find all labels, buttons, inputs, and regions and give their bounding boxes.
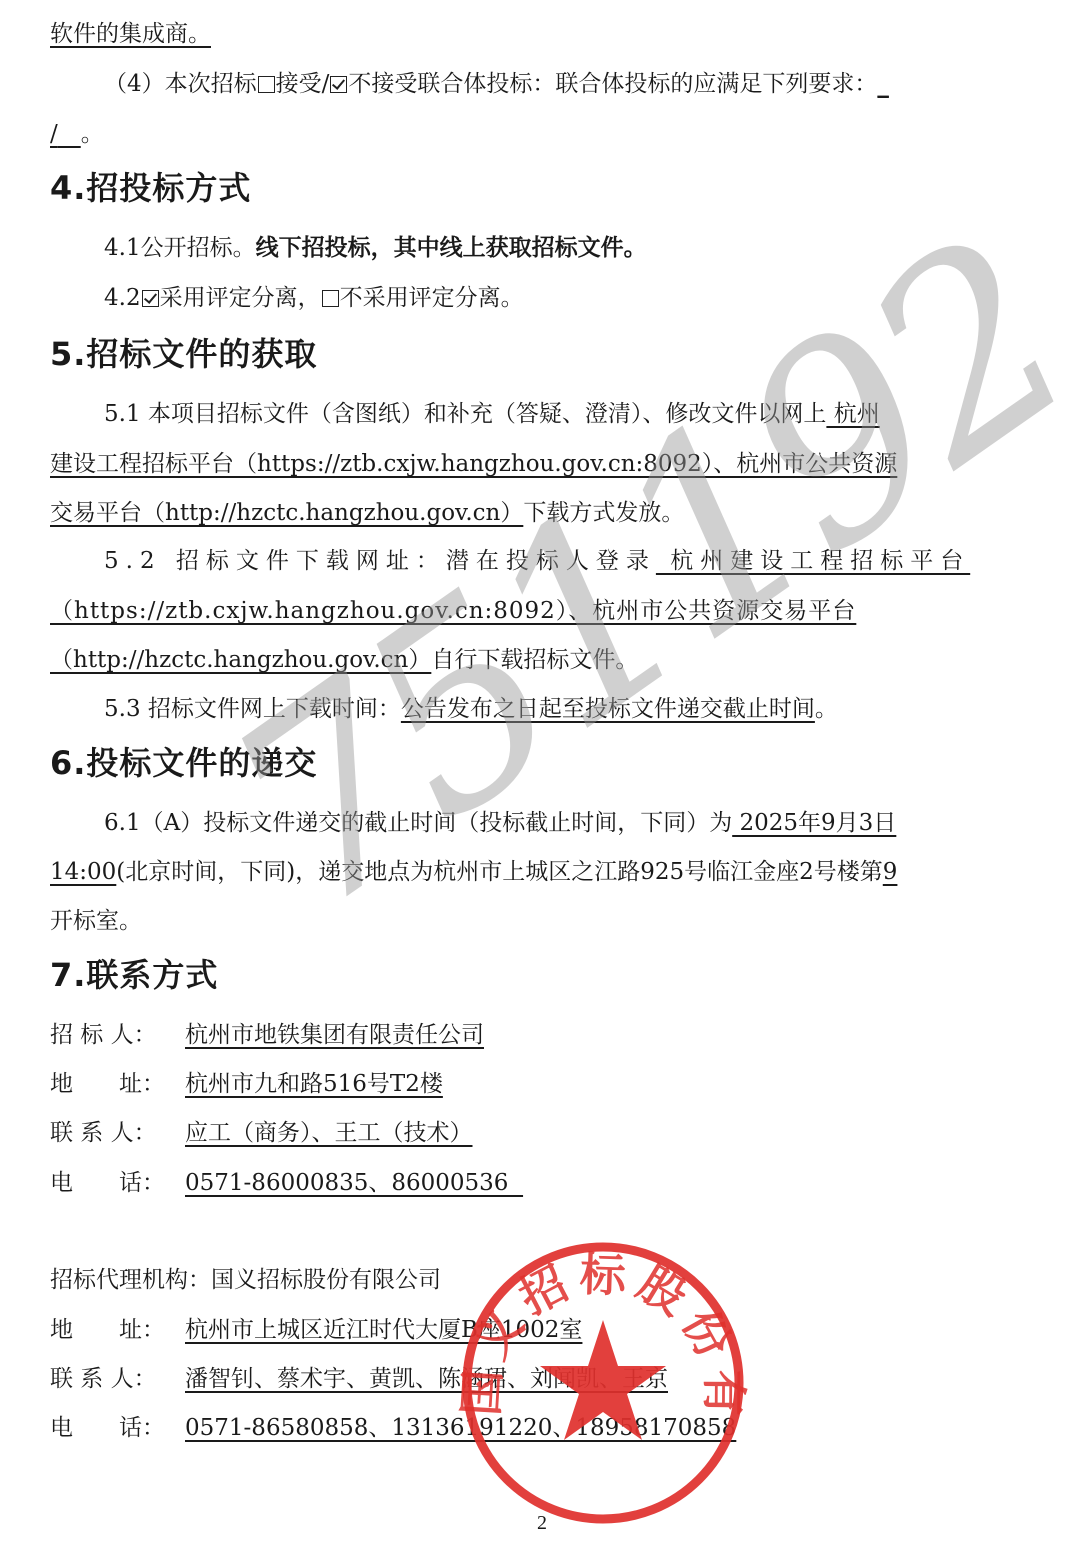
document-page: 软件的集成商。 （4）本次招标接受/不接受联合体投标：联合体投标的应满足下列要求… [0,0,1080,1551]
paragraph-5-1-line1: 5.1 本项目招标文件（含图纸）和补充（答疑、澄清）、修改文件以网上 杭州 [104,398,1050,430]
reject-checkbox[interactable] [330,76,347,93]
page-number: 2 [537,1512,547,1535]
paragraph-5-1-line2: 建设工程招标平台（https://ztb.cxjw.hangzhou.gov.c… [50,448,1050,480]
paragraph-5-3: 5.3 招标文件网上下载时间：公告发布之日起至投标文件递交截止时间。 [104,693,1050,725]
hzctc-platform-link-2[interactable]: （http://hzctc.hangzhou.gov.cn） [50,647,431,673]
paragraph-5-2-line3: （http://hzctc.hangzhou.gov.cn）自行下载招标文件。 [50,644,1050,676]
paragraph-4-2: 4.2采用评定分离，不采用评定分离。 [104,282,1050,314]
agency-phone-row: 电 话：0571-86580858、13136191220、1895817085… [50,1412,1050,1444]
tenderer-phone-row: 电 话：0571-86000835、86000536 [50,1167,1050,1199]
paragraph-6-1-line2: 14:00(北京时间，下同)，递交地点为杭州市上城区之江路925号临江金座2号楼… [50,856,1050,888]
agency-name-row: 招标代理机构：国义招标股份有限公司 [50,1264,1050,1296]
item4-paragraph: （4）本次招标接受/不接受联合体投标：联合体投标的应满足下列要求：_ [104,68,1050,100]
tenderer-contact-row: 联 系 人：应工（商务）、王工（技术） [50,1117,1050,1149]
paragraph-4-1: 4.1公开招标。线下招投标，其中线上获取招标文件。 [104,232,1050,264]
section-7-title: 7.联系方式 [50,955,218,995]
ztb-platform-link-2[interactable]: （https://ztb.cxjw.hangzhou.gov.cn:8092）、… [50,598,856,624]
paragraph-5-2-line2: （https://ztb.cxjw.hangzhou.gov.cn:8092）、… [50,595,1050,627]
hzctc-platform-link[interactable]: 交易平台（http://hzctc.hangzhou.gov.cn） [50,500,523,526]
section-4-title: 4.招投标方式 [50,168,251,208]
tenderer-address-row: 地 址：杭州市九和路516号T2楼 [50,1068,1050,1100]
ztb-platform-link[interactable]: 建设工程招标平台（https://ztb.cxjw.hangzhou.gov.c… [50,451,897,477]
agency-address-row: 地 址：杭州市上城区近江时代大厦B座1002室 [50,1314,1050,1346]
accept-checkbox[interactable] [258,76,275,93]
no-evaluation-separation-checkbox[interactable] [322,290,339,307]
evaluation-separation-checkbox[interactable] [142,290,159,307]
section-5-title: 5.招标文件的获取 [50,334,317,374]
paragraph-5-1-line3: 交易平台（http://hzctc.hangzhou.gov.cn）下载方式发放… [50,497,1050,529]
tenderer-name-row: 招 标 人：杭州市地铁集团有限责任公司 [50,1019,1050,1051]
agency-contact-row: 联 系 人：潘智钊、蔡术宇、黄凯、陈涵珺、刘闻凯、王京 [50,1363,1050,1395]
paragraph-6-1-line1: 6.1（A）投标文件递交的截止时间（投标截止时间，下同）为 2025年9月3日 [104,807,1050,839]
section-6-title: 6.投标文件的递交 [50,743,317,783]
continuation-line: 软件的集成商。 [50,18,1050,50]
item4-line2: / 。 [50,118,1050,150]
paragraph-5-2-line1: 5.2 招标文件下载网址：潜在投标人登录 杭州建设工程招标平台 [104,545,1050,577]
paragraph-6-1-line3: 开标室。 [50,905,1050,937]
